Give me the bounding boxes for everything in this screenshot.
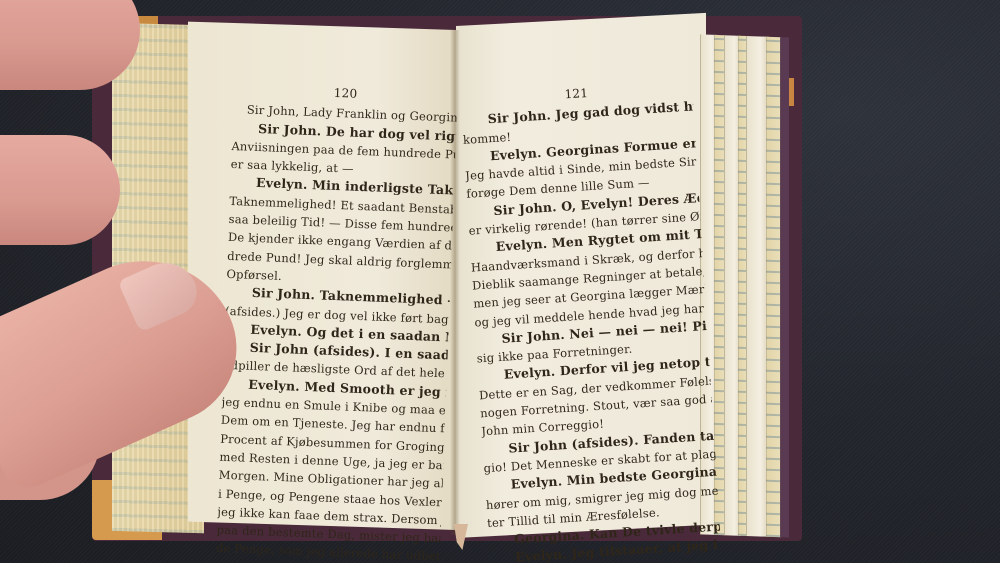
- left-page-text: 120 Sir John, Lady Franklin og Georgina …: [216, 80, 458, 563]
- right-page-text: 121 Sir John. Jeg gad dog vidst hvad der…: [460, 77, 722, 563]
- back-cover-edge: [780, 37, 789, 537]
- page-leaf-marbled: [766, 37, 781, 538]
- middle-finger: [0, 135, 120, 245]
